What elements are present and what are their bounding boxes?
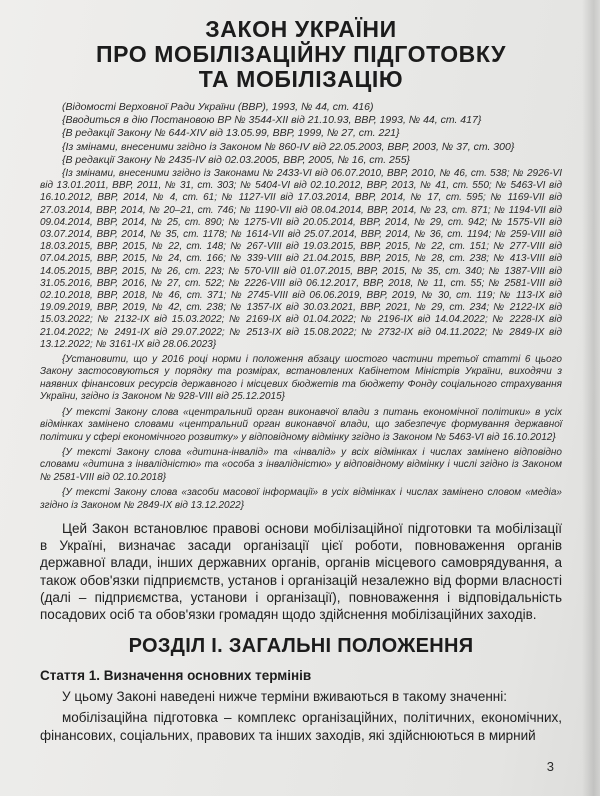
amendments-list: {Із змінами, внесеними згідно із Законам… [40, 168, 562, 351]
vidomosti-reference: (Відомості Верховної Ради України (ВВР),… [40, 101, 562, 114]
law-title-line-2: ПРО МОБІЛІЗАЦІЙНУ ПІДГОТОВКУ [40, 42, 562, 67]
article-1-paragraph-1: У цьому Законі наведені нижче терміни вж… [40, 688, 562, 705]
publication-references: (Відомості Верховної Ради України (ВВР),… [40, 101, 562, 167]
article-1-paragraph-2: мобілізаційна підготовка – комплекс орга… [40, 709, 562, 743]
amendment-reference-2003: {Із змінами, внесеними згідно із Законом… [40, 141, 562, 154]
law-title: ЗАКОН УКРАЇНИ ПРО МОБІЛІЗАЦІЙНУ ПІДГОТОВ… [40, 17, 562, 92]
law-title-line-1: ЗАКОН УКРАЇНИ [40, 17, 562, 42]
page-number: 3 [547, 759, 554, 774]
lead-paragraph: Цей Закон встановлює правові основи мобі… [40, 520, 562, 623]
law-title-line-3: ТА МОБІЛІЗАЦІЮ [40, 67, 562, 92]
article-1-heading: Стаття 1. Визначення основних термінів [40, 668, 562, 684]
note-budget-2016: {Установити, що у 2016 році норми і поло… [40, 354, 562, 404]
revision-reference-2005: {В редакції Закону № 2435-IV від 02.03.2… [40, 154, 562, 167]
enactment-reference: {Вводиться в дію Постановою ВР № 3544-XI… [40, 114, 562, 127]
note-terminology-economy: {У тексті Закону слова «центральний орга… [40, 407, 562, 444]
note-terminology-media: {У тексті Закону слова «засоби масової і… [40, 487, 562, 512]
note-terminology-disability: {У тексті Закону слова «дитина-інвалід» … [40, 447, 562, 484]
revision-reference-1999: {В редакції Закону № 644-XIV від 13.05.9… [40, 127, 562, 140]
document-page: ЗАКОН УКРАЇНИ ПРО МОБІЛІЗАЦІЙНУ ПІДГОТОВ… [0, 0, 600, 796]
section-heading: РОЗДІЛ І. ЗАГАЛЬНІ ПОЛОЖЕННЯ [40, 635, 562, 658]
